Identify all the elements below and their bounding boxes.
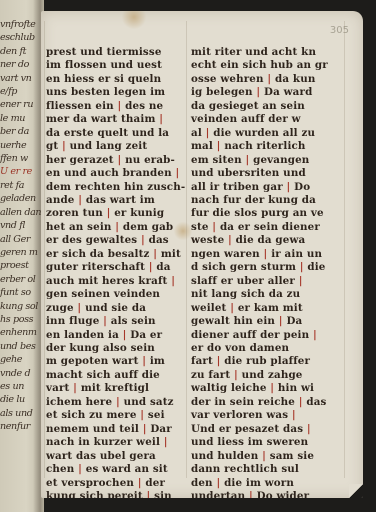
text-column-2: mit riter und acht knecht ein sich hub a… — [191, 46, 341, 498]
text-line: fart | die rub plaffer — [191, 355, 341, 368]
text-line: dann rechtlich sul — [191, 463, 341, 476]
text-line: al | die wurden all zu — [191, 127, 341, 140]
text-line: vart | mit kreftigl — [46, 382, 181, 395]
text-line: ste | da er sein diener — [191, 221, 341, 234]
text-line: mer da wart thaim | — [46, 113, 181, 126]
text-line: er des gewaltes | das — [46, 234, 181, 247]
text-line: gt | und lang zeit — [46, 140, 181, 153]
text-line: m gepoten wart | im — [46, 355, 181, 368]
text-line: slaff er uber aller | — [191, 275, 341, 288]
text-line: var verloren was | — [191, 409, 341, 422]
text-line: und liess im sweren — [191, 436, 341, 449]
text-line: all ir triben gar | Do — [191, 181, 341, 194]
text-line: ande | das wart im — [46, 194, 181, 207]
text-line: inn fluge | als sein — [46, 315, 181, 328]
text-line: her gerazet | nu erab- — [46, 154, 181, 167]
text-line: fliessen ein | des ne — [46, 100, 181, 113]
text-line: veinden auff der w — [191, 113, 341, 126]
text-line: ig belegen | Da ward — [191, 86, 341, 99]
text-line: ngen waren | ir ain un — [191, 248, 341, 261]
text-line: macht sich auff die — [46, 369, 181, 382]
text-line: der kung also sein — [46, 342, 181, 355]
text-line: echt ein sich hub an gr — [191, 59, 341, 72]
text-line: mal | nach riterlich — [191, 140, 341, 153]
text-line: kung sich pereit | sin — [46, 490, 181, 498]
text-line: prest und tiermisse — [46, 46, 181, 59]
text-line: et sich zu mere | sei — [46, 409, 181, 422]
text-line: im flossen und uest — [46, 59, 181, 72]
text-line: er do von damen — [191, 342, 341, 355]
text-line: nit lang sich da zu — [191, 288, 341, 301]
recto-page: 305 prest und tiermisseim flossen und ue… — [41, 11, 363, 498]
folio-number: 305 — [330, 25, 349, 36]
text-line: het an sein | dem gab — [46, 221, 181, 234]
text-line: em siten | gevangen — [191, 154, 341, 167]
parchment-stain — [121, 11, 147, 29]
text-line: diener auff der pein | — [191, 329, 341, 342]
text-line: nach in kurzer weil | — [46, 436, 181, 449]
text-line: mit riter und acht kn — [191, 46, 341, 59]
ruling-line — [44, 21, 45, 478]
text-line: zoren tun | er kunig — [46, 207, 181, 220]
text-line: fur die slos purg an ve — [191, 207, 341, 220]
text-line: dem rechten hin zusch- — [46, 181, 181, 194]
ruling-line — [186, 21, 187, 478]
text-line: undertan | Do wider — [191, 490, 341, 498]
text-line: guter riterschaft | da — [46, 261, 181, 274]
text-line: nach fur der kung da — [191, 194, 341, 207]
text-line: chen | es ward an sit — [46, 463, 181, 476]
text-line: uns besten legen im — [46, 86, 181, 99]
ruling-line — [344, 21, 345, 478]
text-line: en landen ia | Da er — [46, 329, 181, 342]
text-line: nemem und teil | Dar — [46, 423, 181, 436]
text-line: gen seinen veinden — [46, 288, 181, 301]
text-line: wart das ubel gera — [46, 450, 181, 463]
text-line: und hulden | sam sie — [191, 450, 341, 463]
text-column-1: prest und tiermisseim flossen und uesten… — [46, 46, 181, 498]
text-line: gewalt hin ein | Da — [191, 315, 341, 328]
text-line: zuge | und sie da — [46, 302, 181, 315]
text-line: en hiess er si queln — [46, 73, 181, 86]
text-line: da gesieget an sein — [191, 100, 341, 113]
text-line: Und er pesazet das | — [191, 423, 341, 436]
text-line: da erste quelt und la — [46, 127, 181, 140]
text-line: er sich da besaltz | mit — [46, 248, 181, 261]
text-line: d sich gern sturm | die — [191, 261, 341, 274]
text-line: osse wehren | da kun — [191, 73, 341, 86]
text-line: und ubersriten und — [191, 167, 341, 180]
text-line: auch mit heres kraft | — [46, 275, 181, 288]
text-line: der in sein reiche | das — [191, 396, 341, 409]
text-line: zu fart | und zahge — [191, 369, 341, 382]
text-line: et versprochen | der — [46, 477, 181, 490]
text-line: weste | die da gewa — [191, 234, 341, 247]
text-line: den | die im worn — [191, 477, 341, 490]
text-line: ichem here | und satz — [46, 396, 181, 409]
text-line: waltig leiche | hin wi — [191, 382, 341, 395]
text-line: en und auch branden | — [46, 167, 181, 180]
page-corner — [349, 484, 363, 498]
text-line: weilet | er kam mit — [191, 302, 341, 315]
